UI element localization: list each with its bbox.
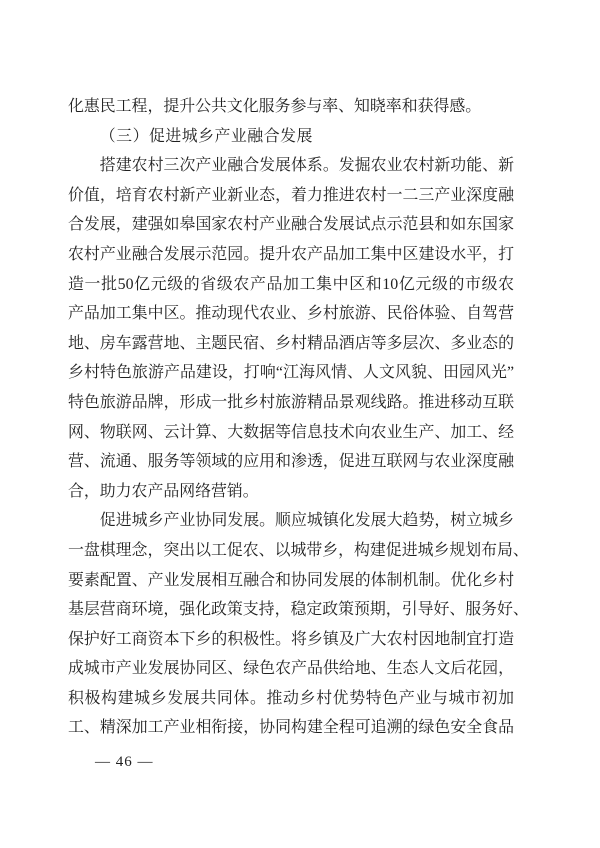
page-number: — 46 — — [95, 755, 154, 770]
text-line: 促进城乡产业协同发展。顺应城镇化发展大趋势，树立城乡 — [68, 506, 514, 536]
text-line: 产品加工集中区。推动现代农业、乡村旅游、民俗体验、自驾营 — [68, 299, 514, 329]
text-line: 化惠民工程，提升公共文化服务参与率、知晓率和获得感。 — [68, 92, 514, 122]
text-line: 合发展，建强如皋国家农村产业融合发展试点示范县和如东国家 — [68, 210, 514, 240]
text-line: 合，助力农产品网络营销。 — [68, 477, 514, 507]
text-line: 成城市产业发展协同区、绿色农产品供给地、生态人文后花园， — [68, 654, 514, 684]
section-heading: （三）促进城乡产业融合发展 — [68, 122, 514, 152]
text-line: 保护好工商资本下乡的积极性。将乡镇及广大农村因地制宜打造 — [68, 625, 514, 655]
document-page: 化惠民工程，提升公共文化服务参与率、知晓率和获得感。 （三）促进城乡产业融合发展… — [0, 0, 600, 848]
text-line: 特色旅游品牌，形成一批乡村旅游精品景观线路。推进移动互联 — [68, 388, 514, 418]
text-line: 农村产业融合发展示范园。提升农产品加工集中区建设水平，打 — [68, 240, 514, 270]
text-line: 基层营商环境，强化政策支持，稳定政策预期，引导好、服务好、 — [68, 595, 514, 625]
text-line: 搭建农村三次产业融合发展体系。发掘农业农村新功能、新 — [68, 151, 514, 181]
text-line: 营、流通、服务等领域的应用和渗透，促进互联网与农业深度融 — [68, 447, 514, 477]
text-line: 一盘棋理念，突出以工促农、以城带乡，构建促进城乡规划布局、 — [68, 536, 514, 566]
text-line: 工、精深加工产业相衔接，协同构建全程可追溯的绿色安全食品 — [68, 713, 514, 743]
text-line: 地、房车露营地、主题民宿、乡村精品酒店等多层次、多业态的 — [68, 329, 514, 359]
text-line: 价值，培育农村新产业新业态，着力推进农村一二三产业深度融 — [68, 181, 514, 211]
text-line: 网、物联网、云计算、大数据等信息技术向农业生产、加工、经 — [68, 418, 514, 448]
text-line: 积极构建城乡发展共同体。推动乡村优势特色产业与城市初加 — [68, 684, 514, 714]
text-line: 乡村特色旅游产品建设，打响“江海风情、人文风貌、田园风光” — [68, 358, 514, 388]
document-body: 化惠民工程，提升公共文化服务参与率、知晓率和获得感。 （三）促进城乡产业融合发展… — [68, 92, 514, 743]
text-line: 造一批50亿元级的省级农产品加工集中区和10亿元级的市级农 — [68, 270, 514, 300]
text-line: 要素配置、产业发展相互融合和协同发展的体制机制。优化乡村 — [68, 566, 514, 596]
